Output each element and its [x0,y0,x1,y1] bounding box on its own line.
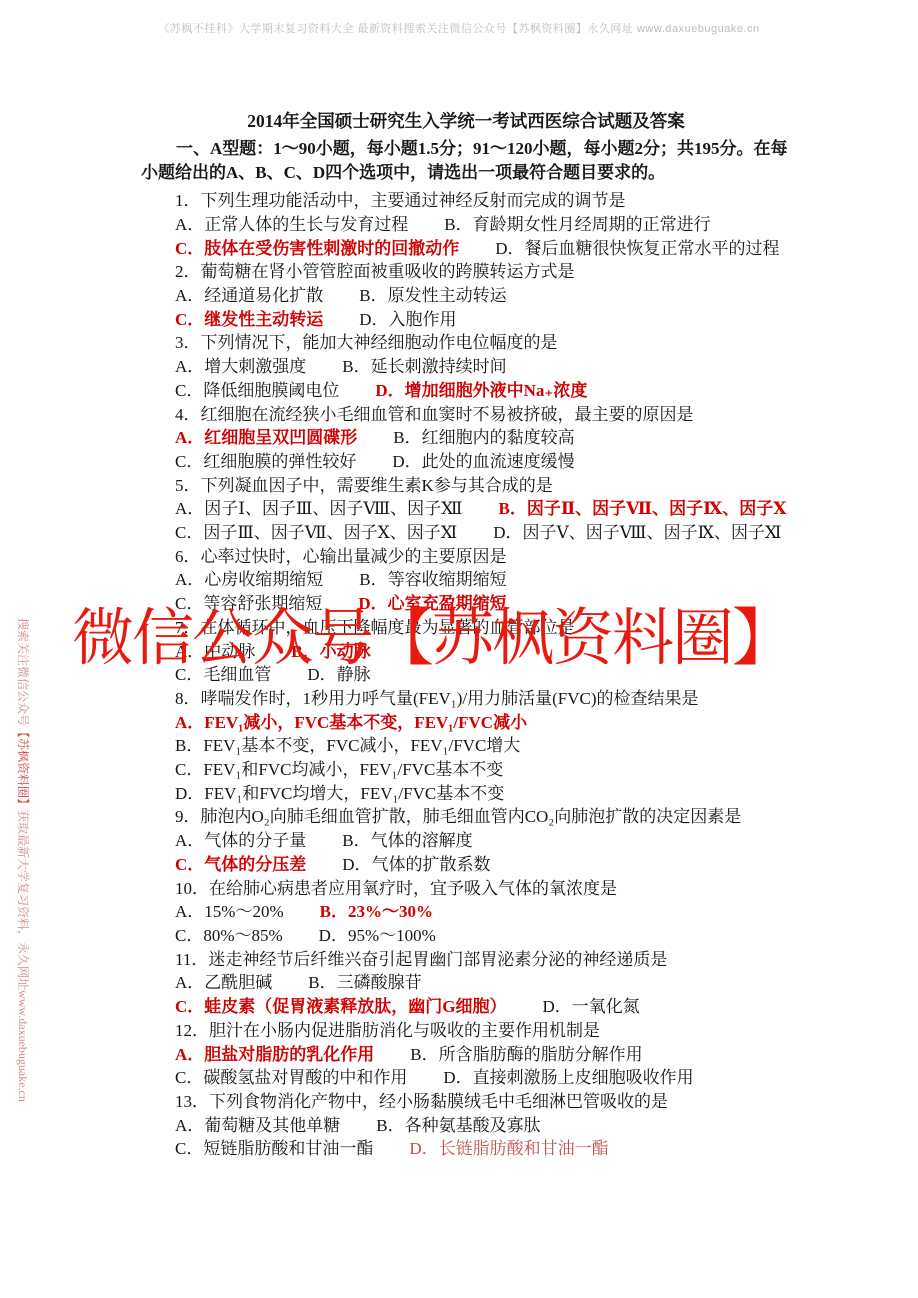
option-row: A．气体的分子量B．气体的溶解度 [141,829,791,853]
option-row: A．经通道易化扩散B．原发性主动转运 [141,284,791,308]
question-5: 5．下列凝血因子中，需要维生素K参与其合成的是A．因子Ⅰ、因子Ⅲ、因子Ⅷ、因子Ⅻ… [141,474,791,545]
option-row: C．降低细胞膜阈电位D．增加细胞外液中Na₊浓度 [141,379,791,403]
option-row: A．因子Ⅰ、因子Ⅲ、因子Ⅷ、因子ⅫB．因子Ⅱ、因子Ⅶ、因子Ⅸ、因子Ⅹ [141,497,791,521]
question-stem: 8．哮喘发作时，1秒用力呼气量(FEV₁)/用力肺活量(FVC)的检查结果是 [141,687,791,711]
option-D: D．95%～100% [319,926,436,945]
option-row: A．增大刺激强度B．延长刺激持续时间 [141,355,791,379]
option-C: C．FEV₁和FVC均减小，FEV₁/FVC基本不变 [175,760,503,779]
option-C: C．气体的分压差 [175,855,306,874]
option-C: C．因子Ⅲ、因子Ⅶ、因子Ⅹ、因子Ⅺ [175,523,457,542]
question-9: 9．肺泡内O₂向肺毛细血管扩散，肺毛细血管内CO₂向肺泡扩散的决定因素是A．气体… [141,805,791,876]
watermark-side-prefix: 搜索关注微信公众号 [16,618,30,726]
option-B: B．红细胞内的黏度较高 [393,428,574,447]
option-row: C．气体的分压差D．气体的扩散系数 [141,853,791,877]
option-D: D．静脉 [307,665,370,684]
option-C: C．红细胞膜的弹性较好 [175,452,356,471]
option-B: B．各种氨基酸及寡肽 [376,1116,540,1135]
question-10: 10．在给肺心病患者应用氧疗时，宜予吸入气体的氧浓度是A．15%～20%B．23… [141,877,791,948]
option-D: D．因子Ⅴ、因子Ⅷ、因子Ⅸ、因子Ⅺ [493,523,781,542]
question-stem: 13．下列食物消化产物中，经小肠黏膜绒毛中毛细淋巴管吸收的是 [141,1090,791,1114]
option-row: C．80%～85%D．95%～100% [141,924,791,948]
option-A: A．红细胞呈双凹圆碟形 [175,428,357,447]
option-A: A．15%～20% [175,902,284,921]
option-A: A．增大刺激强度 [175,357,306,376]
option-row: A．胆盐对脂肪的乳化作用B．所含脂肪酶的脂肪分解作用 [141,1043,791,1067]
question-stem: 1．下列生理功能活动中，主要通过神经反射而完成的调节是 [141,189,791,213]
option-row: B．FEV₁基本不变，FVC减小，FEV₁/FVC增大 [141,734,791,758]
option-D: D．一氧化氮 [543,997,640,1016]
option-row: A．心房收缩期缩短B．等容收缩期缩短 [141,568,791,592]
question-4: 4．红细胞在流经狭小毛细血管和血窦时不易被挤破，最主要的原因是A．红细胞呈双凹圆… [141,403,791,474]
option-B: B．气体的溶解度 [342,831,472,850]
option-D: D．增加细胞外液中Na₊浓度 [375,381,587,400]
question-6: 6．心率过快时，心输出量减少的主要原因是A．心房收缩期缩短B．等容收缩期缩短C．… [141,545,791,616]
question-stem: 11．迷走神经节后纤维兴奋引起胃幽门部胃泌素分泌的神经递质是 [141,948,791,972]
option-row: C．蛙皮素（促胃液素释放肽，幽门G细胞）D．一氧化氮 [141,995,791,1019]
option-D: D．长链脂肪酸和甘油一酯 [409,1139,608,1158]
option-B: B．育龄期女性月经周期的正常进行 [444,215,710,234]
option-A: A．乙酰胆碱 [175,973,272,992]
option-B: B．三磷酸腺苷 [308,973,421,992]
question-stem: 4．红细胞在流经狭小毛细血管和血窦时不易被挤破，最主要的原因是 [141,403,791,427]
option-row: C．肢体在受伤害性刺激时的回撤动作D．餐后血糖很快恢复正常水平的过程 [141,237,791,261]
option-B: B．小动脉 [291,642,370,661]
option-row: A．正常人体的生长与发育过程B．育龄期女性月经周期的正常进行 [141,213,791,237]
question-7: 7．在体循环中，血压下降幅度最为显著的血管部位是A．中动脉B．小动脉C．毛细血管… [141,616,791,687]
option-D: D．气体的扩散系数 [342,855,490,874]
question-1: 1．下列生理功能活动中，主要通过神经反射而完成的调节是A．正常人体的生长与发育过… [141,189,791,260]
question-stem: 3．下列情况下，能加大神经细胞动作电位幅度的是 [141,331,791,355]
option-A: A．中动脉 [175,642,255,661]
option-row: C．短链脂肪酸和甘油一酯D．长链脂肪酸和甘油一酯 [141,1137,791,1161]
option-A: A．正常人体的生长与发育过程 [175,215,408,234]
question-12: 12．胆汁在小肠内促进脂肪消化与吸收的主要作用机制是A．胆盐对脂肪的乳化作用B．… [141,1019,791,1090]
option-row: A．FEV₁减小，FVC基本不变，FEV₁/FVC减小 [141,711,791,735]
document-page: 《苏枫不挂科》大学期末复习资料大全 最新资料搜索关注微信公众号【苏枫资料圈】永久… [0,0,918,1298]
option-C: C．继发性主动转运 [175,310,323,329]
page-header-note: 《苏枫不挂科》大学期末复习资料大全 最新资料搜索关注微信公众号【苏枫资料圈】永久… [0,20,918,36]
option-D: D．直接刺激肠上皮细胞吸收作用 [443,1068,693,1087]
question-2: 2．葡萄糖在肾小管管腔面被重吸收的跨膜转运方式是A．经通道易化扩散B．原发性主动… [141,260,791,331]
option-row: C．毛细血管D．静脉 [141,663,791,687]
watermark-side: 搜索关注微信公众号【苏枫资料圈】获取最新大学复习资料，永久网址www.daxue… [15,618,31,1102]
option-D: D．入胞作用 [359,310,456,329]
question-8: 8．哮喘发作时，1秒用力呼气量(FEV₁)/用力肺活量(FVC)的检查结果是A．… [141,687,791,806]
question-stem: 9．肺泡内O₂向肺毛细血管扩散，肺毛细血管内CO₂向肺泡扩散的决定因素是 [141,805,791,829]
option-A: A．因子Ⅰ、因子Ⅲ、因子Ⅷ、因子Ⅻ [175,499,462,518]
exam-title: 2014年全国硕士研究生入学统一考试西医综合试题及答案 [141,109,791,133]
option-row: C．红细胞膜的弹性较好D．此处的血流速度缓慢 [141,450,791,474]
question-stem: 5．下列凝血因子中，需要维生素K参与其合成的是 [141,474,791,498]
option-row: C．FEV₁和FVC均减小，FEV₁/FVC基本不变 [141,758,791,782]
option-C: C．等容舒张期缩短 [175,594,322,613]
question-13: 13．下列食物消化产物中，经小肠黏膜绒毛中毛细淋巴管吸收的是A．葡萄糖及其他单糖… [141,1090,791,1161]
option-B: B．延长刺激持续时间 [342,357,506,376]
question-stem: 2．葡萄糖在肾小管管腔面被重吸收的跨膜转运方式是 [141,260,791,284]
option-row: A．红细胞呈双凹圆碟形B．红细胞内的黏度较高 [141,426,791,450]
option-A: A．心房收缩期缩短 [175,570,323,589]
question-stem: 6．心率过快时，心输出量减少的主要原因是 [141,545,791,569]
question-list: 1．下列生理功能活动中，主要通过神经反射而完成的调节是A．正常人体的生长与发育过… [141,189,791,1161]
option-row: A．15%～20%B．23%～30% [141,900,791,924]
option-C: C．降低细胞膜阈电位 [175,381,339,400]
option-C: C．80%～85% [175,926,283,945]
option-B: B．23%～30% [320,902,433,921]
option-B: B．FEV₁基本不变，FVC减小，FEV₁/FVC增大 [175,736,520,755]
option-row: C．等容舒张期缩短D．心室充盈期缩短 [141,592,791,616]
option-B: B．因子Ⅱ、因子Ⅶ、因子Ⅸ、因子Ⅹ [498,499,786,518]
option-row: C．碳酸氢盐对胃酸的中和作用D．直接刺激肠上皮细胞吸收作用 [141,1066,791,1090]
question-stem: 10．在给肺心病患者应用氧疗时，宜予吸入气体的氧浓度是 [141,877,791,901]
option-A: A．气体的分子量 [175,831,306,850]
option-row: A．乙酰胆碱B．三磷酸腺苷 [141,971,791,995]
question-stem: 12．胆汁在小肠内促进脂肪消化与吸收的主要作用机制是 [141,1019,791,1043]
option-C: C．毛细血管 [175,665,271,684]
option-row: C．因子Ⅲ、因子Ⅶ、因子Ⅹ、因子ⅪD．因子Ⅴ、因子Ⅷ、因子Ⅸ、因子Ⅺ [141,521,791,545]
option-row: A．葡萄糖及其他单糖B．各种氨基酸及寡肽 [141,1114,791,1138]
section-instructions: 一、A型题：1～90小题，每小题1.5分；91～120小题，每小题2分；共195… [141,137,791,184]
option-row: D．FEV₁和FVC均增大，FEV₁/FVC基本不变 [141,782,791,806]
option-B: B．原发性主动转运 [359,286,506,305]
exam-content: 2014年全国硕士研究生入学统一考试西医综合试题及答案 一、A型题：1～90小题… [141,109,791,1161]
watermark-side-brand: 【苏枫资料圈】 [16,726,30,810]
option-C: C．蛙皮素（促胃液素释放肽，幽门G细胞） [175,997,507,1016]
question-stem: 7．在体循环中，血压下降幅度最为显著的血管部位是 [141,616,791,640]
option-row: A．中动脉B．小动脉 [141,640,791,664]
option-A: A．经通道易化扩散 [175,286,323,305]
option-B: B．所含脂肪酶的脂肪分解作用 [410,1045,642,1064]
option-D: D．FEV₁和FVC均增大，FEV₁/FVC基本不变 [175,784,504,803]
option-C: C．碳酸氢盐对胃酸的中和作用 [175,1068,407,1087]
option-D: D．心室充盈期缩短 [358,594,506,613]
option-B: B．等容收缩期缩短 [359,570,506,589]
question-3: 3．下列情况下，能加大神经细胞动作电位幅度的是A．增大刺激强度B．延长刺激持续时… [141,331,791,402]
option-A: A．FEV₁减小，FVC基本不变，FEV₁/FVC减小 [175,713,527,732]
option-A: A．胆盐对脂肪的乳化作用 [175,1045,374,1064]
watermark-side-suffix: 获取最新大学复习资料，永久网址www.daxuebuguake.cn [16,810,30,1102]
option-D: D．餐后血糖很快恢复正常水平的过程 [495,239,779,258]
question-11: 11．迷走神经节后纤维兴奋引起胃幽门部胃泌素分泌的神经递质是A．乙酰胆碱B．三磷… [141,948,791,1019]
option-C: C．短链脂肪酸和甘油一酯 [175,1139,373,1158]
option-D: D．此处的血流速度缓慢 [392,452,574,471]
option-row: C．继发性主动转运D．入胞作用 [141,308,791,332]
option-C: C．肢体在受伤害性刺激时的回撤动作 [175,239,459,258]
option-A: A．葡萄糖及其他单糖 [175,1116,340,1135]
